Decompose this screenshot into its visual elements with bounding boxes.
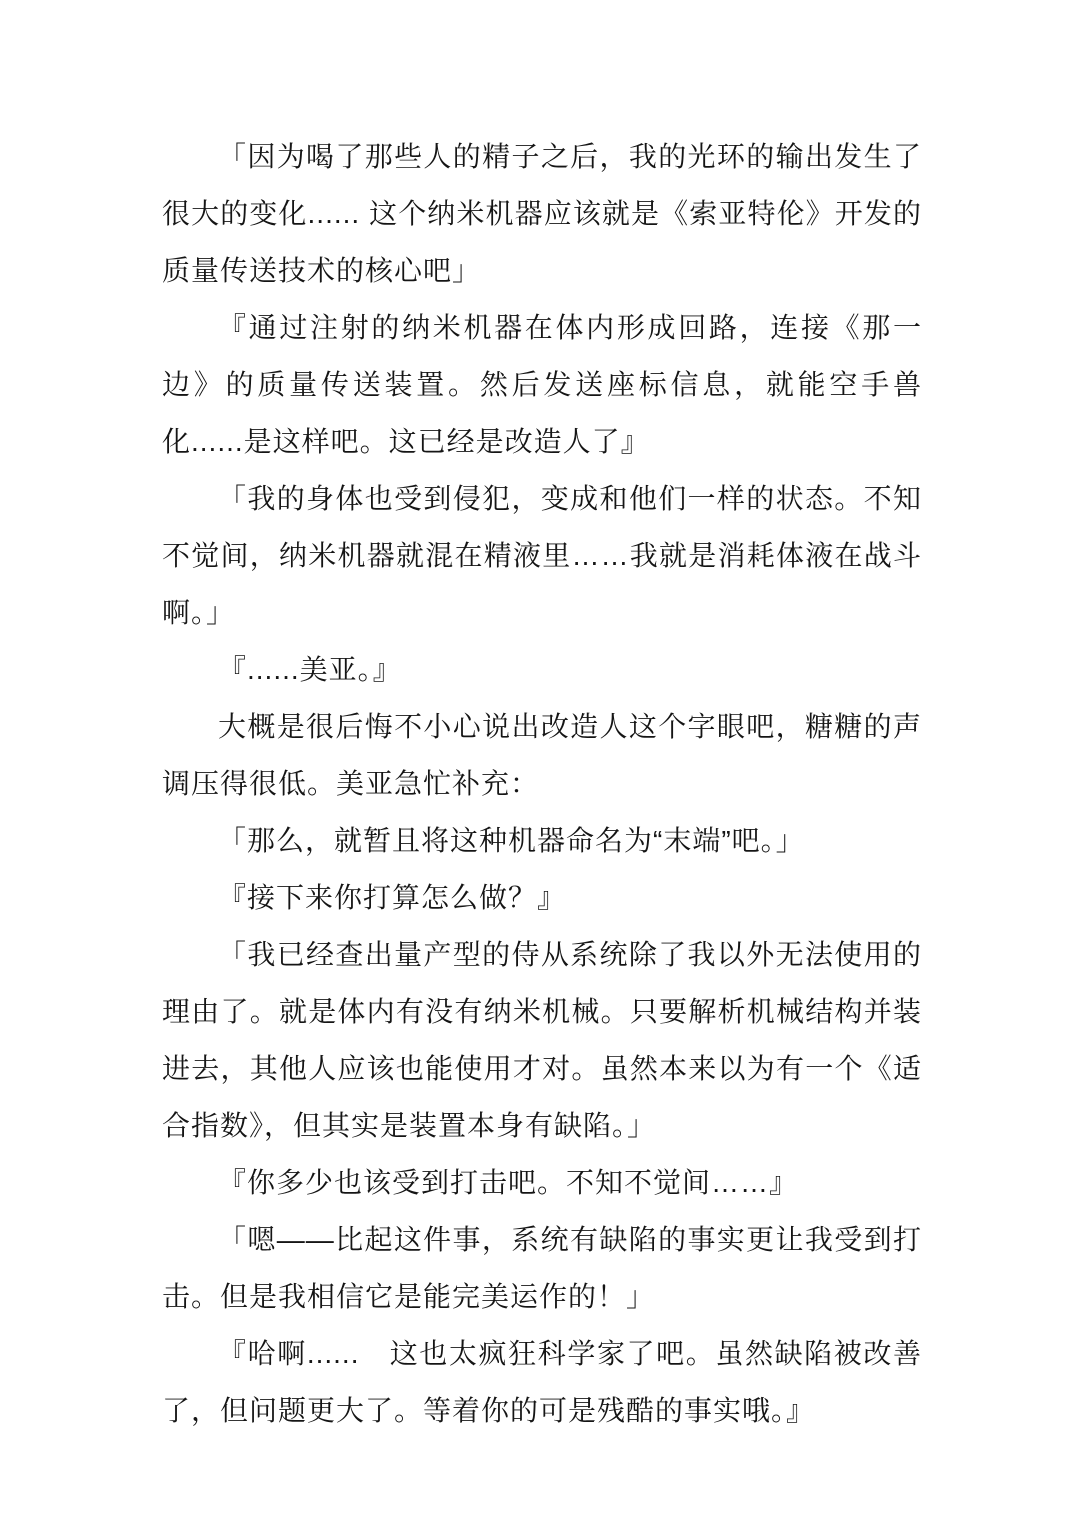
paragraph: 「因为喝了那些人的精子之后，我的光环的输出发生了很大的变化...... 这个纳米… <box>162 128 922 299</box>
paragraph: 大概是很后悔不小心说出改造人这个字眼吧，糖糖的声调压得很低。美亚急忙补充： <box>162 698 922 812</box>
paragraph: 『你多少也该受到打击吧。不知不觉间……』 <box>162 1154 922 1211</box>
paragraph: 『哈啊...... 这也太疯狂科学家了吧。虽然缺陷被改善了，但问题更大了。等着你… <box>162 1325 922 1439</box>
paragraph: 『通过注射的纳米机器在体内形成回路，连接《那一边》的质量传送装置。然后发送座标信… <box>162 299 922 470</box>
paragraph: 「嗯——比起这件事，系统有缺陷的事实更让我受到打击。但是我相信它是能完美运作的！… <box>162 1211 922 1325</box>
paragraph: 「我的身体也受到侵犯，变成和他们一样的状态。不知不觉间，纳米机器就混在精液里……… <box>162 470 922 641</box>
paragraph: 『接下来你打算怎么做？』 <box>162 869 922 926</box>
paragraph: 『......美亚。』 <box>162 641 922 698</box>
novel-text-block: 「因为喝了那些人的精子之后，我的光环的输出发生了很大的变化...... 这个纳米… <box>162 128 922 1439</box>
paragraph: 「我已经查出量产型的侍从系统除了我以外无法使用的理由了。就是体内有没有纳米机械。… <box>162 926 922 1154</box>
paragraph: 「那么，就暂且将这种机器命名为“末端”吧。」 <box>162 812 922 869</box>
document-page: 「因为喝了那些人的精子之后，我的光环的输出发生了很大的变化...... 这个纳米… <box>0 0 1080 1527</box>
